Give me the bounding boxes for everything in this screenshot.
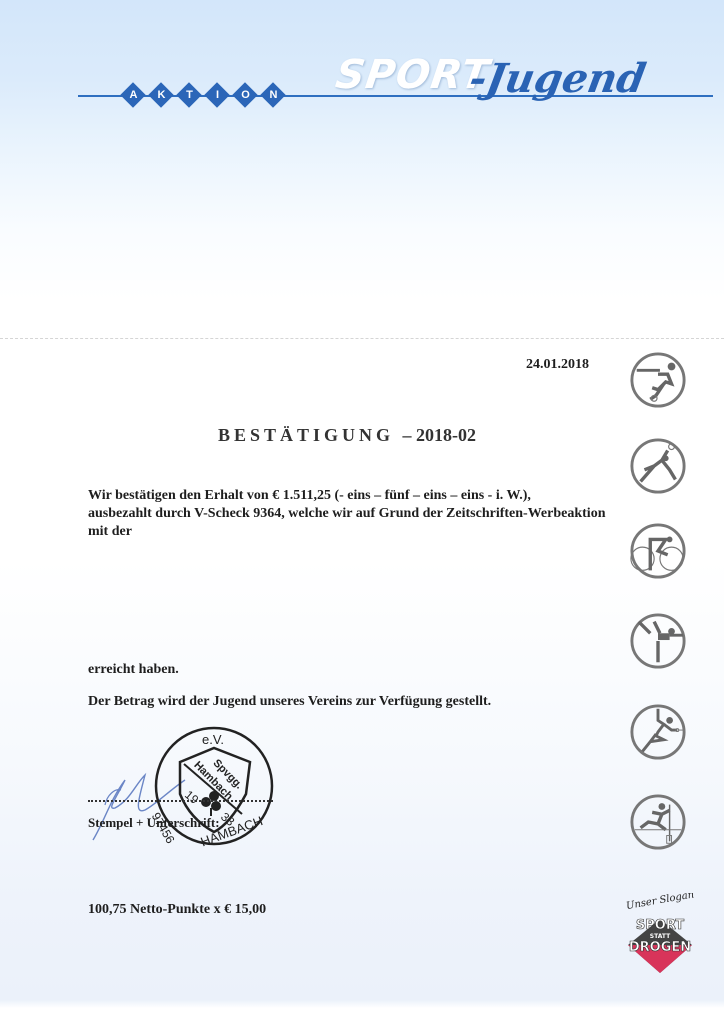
cycling-icon	[629, 522, 687, 580]
document-title: BESTÄTIGUNG – 2018-02	[218, 425, 476, 446]
document-date: 24.01.2018	[526, 357, 589, 373]
diamond-letter: A	[121, 83, 146, 108]
soccer-icon	[629, 351, 687, 409]
purpose-text: Der Betrag wird der Jugend unseres Verei…	[88, 694, 491, 710]
confirmation-paragraph: Wir bestätigen den Erhalt von € 1.511,25…	[88, 487, 628, 541]
svg-text:Unser Slogan: Unser Slogan	[625, 893, 695, 912]
svg-text:e.V.: e.V.	[202, 732, 224, 747]
diamond-letter: T	[177, 83, 202, 108]
gymnastics-icon	[629, 612, 687, 670]
canoe-icon	[629, 793, 687, 851]
signature-label: Stempel + Unterschrift:	[88, 815, 220, 831]
signature-line	[88, 800, 273, 802]
diamond-letter: O	[233, 83, 258, 108]
diamond-letter: I	[205, 83, 230, 108]
svg-text:STATT: STATT	[650, 933, 671, 940]
diamond-letter: K	[149, 83, 174, 108]
title-word: BESTÄTIGUNG	[218, 425, 394, 445]
logo-jugend-text: -Jugend	[466, 55, 649, 102]
title-number: – 2018-02	[403, 425, 477, 445]
svg-text:DROGEN: DROGEN	[629, 940, 691, 955]
slogan-logo: Unser Slogan SPORT STATT DROGEN	[620, 893, 700, 978]
diamond-letter: N	[261, 83, 286, 108]
handball-icon	[629, 437, 687, 495]
fencing-icon	[629, 703, 687, 761]
svg-text:SPORT: SPORT	[636, 918, 684, 933]
reached-text: erreicht haben.	[88, 662, 179, 678]
netto-points: 100,75 Netto-Punkte x € 15,00	[88, 902, 266, 918]
aktion-diamonds: A K T I O N	[121, 83, 286, 108]
fold-line	[0, 338, 724, 339]
